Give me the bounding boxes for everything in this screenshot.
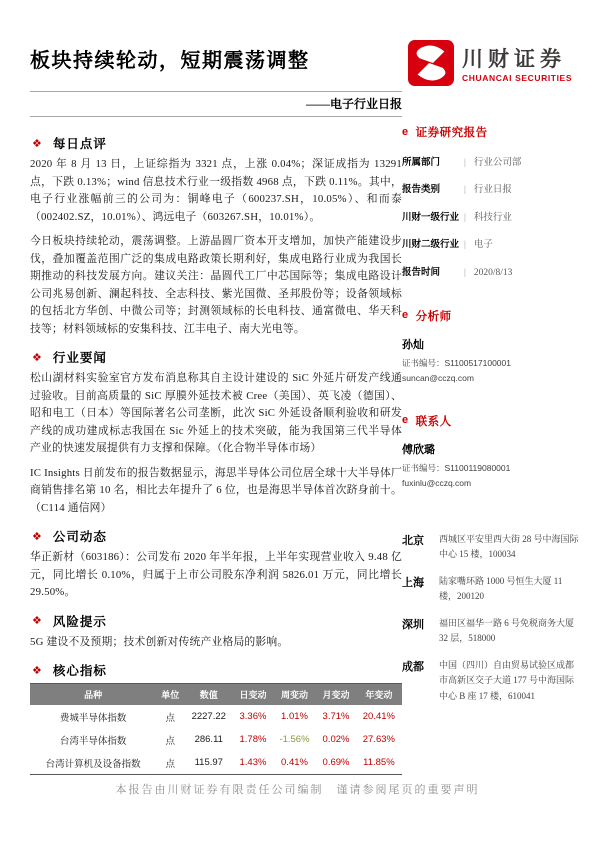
col-header-year-change: 年变动 — [356, 684, 402, 706]
analyst-card: 孙灿 证书编号：S1100517100001 suncan@cczq.com — [402, 336, 580, 383]
core-metrics-table: 品种 单位 数值 日变动 周变动 月变动 年变动 费城半导体指数 点 2227.… — [30, 683, 402, 775]
report-sidebar: e 证券研究报告 所属部门 | 行业公司部 报告类别 | 行业日报 川财一级行业… — [402, 124, 580, 704]
week-change-cell: -1.56% — [273, 728, 316, 751]
month-change-cell: 0.69% — [316, 751, 356, 775]
sidebar-heading-label: 证券研究报告 — [416, 124, 488, 140]
office-address: 福田区福华一路 6 号免税商务大厦 32 层，518000 — [439, 616, 580, 647]
section-title: 每日点评 — [53, 134, 107, 152]
field-value: 科技行业 — [474, 209, 512, 223]
report-page: 板块持续轮动，短期震荡调整 川财证券 CHUANCAI SECURITIES —… — [0, 0, 595, 842]
col-header-value: 数值 — [184, 684, 233, 706]
day-change-cell: 3.36% — [233, 705, 273, 728]
office-list: 北京 西城区平安里西大街 28 号中海国际中心 15 楼，100034 上海 陆… — [402, 532, 580, 705]
meta-field-industry-l2: 川财二级行业 | 电子 — [402, 236, 580, 250]
field-separator: | — [464, 213, 466, 223]
month-change-cell: 3.71% — [316, 705, 356, 728]
unit-cell: 点 — [156, 728, 184, 751]
col-header-unit: 单位 — [156, 684, 184, 706]
diamond-bullet-icon: ❖ — [32, 615, 42, 626]
year-change-cell: 20.41% — [356, 705, 402, 728]
office-city: 深圳 — [402, 616, 436, 647]
diamond-bullet-icon: ❖ — [32, 138, 42, 149]
office-chengdu: 成都 中国（四川）自由贸易试验区成都市高新区交子大道 177 号中海国际中心 B… — [402, 658, 580, 705]
company-paragraph-1: 华正新材（603186）：公司发布 2020 年半年报，上半年实现营业收入 9.… — [30, 549, 402, 602]
field-label: 川财一级行业 — [402, 209, 462, 223]
brand-name-cn: 川财证券 — [462, 43, 572, 73]
meta-field-industry-l1: 川财一级行业 | 科技行业 — [402, 209, 580, 223]
risk-paragraph-1: 5G 建设不及预期；技术创新对传统产业格局的影响。 — [30, 634, 402, 652]
header-rule-bottom — [30, 116, 402, 117]
value-cell: 286.11 — [184, 728, 233, 751]
sidebar-heading-label: 分析师 — [416, 308, 452, 324]
value-cell: 2227.22 — [184, 705, 233, 728]
diamond-bullet-icon: ❖ — [32, 352, 42, 363]
field-label: 所属部门 — [402, 154, 462, 168]
col-header-week-change: 周变动 — [273, 684, 316, 706]
col-header-day-change: 日变动 — [233, 684, 273, 706]
month-change-cell: 0.02% — [316, 728, 356, 751]
meta-field-report-date: 报告时间 | 2020/8/13 — [402, 264, 580, 278]
meta-field-report-type: 报告类别 | 行业日报 — [402, 181, 580, 195]
office-address: 西城区平安里西大街 28 号中海国际中心 15 楼，100034 — [439, 532, 580, 563]
securities-research-heading: e 证券研究报告 — [402, 124, 580, 140]
office-city: 上海 — [402, 574, 436, 605]
field-separator: | — [464, 240, 466, 250]
office-city: 北京 — [402, 532, 436, 563]
table-header-row: 品种 单位 数值 日变动 周变动 月变动 年变动 — [30, 684, 402, 706]
field-label: 报告时间 — [402, 264, 462, 278]
contact-cert-number: 证书编号：S1100119080001 — [402, 462, 580, 474]
analyst-heading: e 分析师 — [402, 308, 580, 324]
contact-email: fuxinlu@cczq.com — [402, 478, 580, 488]
daily-paragraph-2: 今日板块持续轮动，震荡调整。上游晶圆厂资本开支增加，加快产能建设步伐，叠加覆盖范… — [30, 233, 402, 338]
brand-mark-icon: e — [402, 415, 409, 426]
brand-mark-icon: e — [402, 310, 409, 321]
field-separator: | — [464, 158, 466, 168]
news-paragraph-2: IC Insights 日前发布的报告数据显示，海思半导体公司位居全球十大半导体… — [30, 465, 402, 518]
report-meta-fields: 所属部门 | 行业公司部 报告类别 | 行业日报 川财一级行业 | 科技行业 川… — [402, 154, 580, 278]
section-title: 风险提示 — [53, 612, 107, 630]
section-heading-risk: ❖ 风险提示 — [32, 612, 402, 630]
field-label: 川财二级行业 — [402, 236, 462, 250]
section-heading-daily: ❖ 每日点评 — [32, 134, 402, 152]
unit-cell: 点 — [156, 705, 184, 728]
week-change-cell: 1.01% — [273, 705, 316, 728]
office-address: 陆家嘴环路 1000 号恒生大厦 11 楼，200120 — [439, 574, 580, 605]
contact-heading: e 联系人 — [402, 413, 580, 429]
sidebar-heading-label: 联系人 — [416, 413, 452, 429]
brand-logo: 川财证券 CHUANCAI SECURITIES — [408, 40, 572, 86]
report-subtitle: ——电子行业日报 — [30, 95, 402, 112]
brand-text: 川财证券 CHUANCAI SECURITIES — [462, 43, 572, 83]
page-title: 板块持续轮动，短期震荡调整 — [30, 44, 310, 73]
diamond-bullet-icon: ❖ — [32, 665, 42, 676]
section-title: 核心指标 — [53, 661, 107, 679]
office-shenzhen: 深圳 福田区福华一路 6 号免税商务大厦 32 层，518000 — [402, 616, 580, 647]
office-address: 中国（四川）自由贸易试验区成都市高新区交子大道 177 号中海国际中心 B 座 … — [439, 658, 580, 705]
field-value: 2020/8/13 — [474, 268, 513, 278]
year-change-cell: 27.63% — [356, 728, 402, 751]
brand-mark-icon: e — [402, 127, 409, 138]
field-separator: | — [464, 185, 466, 195]
contact-name: 傅欣璐 — [402, 441, 580, 457]
office-beijing: 北京 西城区平安里西大街 28 号中海国际中心 15 楼，100034 — [402, 532, 580, 563]
col-header-variety: 品种 — [30, 684, 156, 706]
header-rule-top — [30, 91, 402, 92]
table-row: 台湾半导体指数 点 286.11 1.78% -1.56% 0.02% 27.6… — [30, 728, 402, 751]
news-paragraph-1: 松山湖材料实验室官方发布消息称其自主设计建设的 SiC 外延片研发产线通过验收。… — [30, 370, 402, 458]
week-change-cell: 0.41% — [273, 751, 316, 775]
index-name-cell: 台湾计算机及设备指数 — [30, 751, 156, 775]
section-title: 行业要闻 — [53, 348, 107, 366]
chuancai-logo-icon — [408, 40, 454, 86]
value-cell: 115.97 — [184, 751, 233, 775]
section-heading-metrics: ❖ 核心指标 — [32, 661, 402, 679]
analyst-name: 孙灿 — [402, 336, 580, 352]
footer-disclaimer: 本报告由川财证券有限责任公司编制 谨请参阅尾页的重要声明 — [0, 781, 595, 797]
day-change-cell: 1.43% — [233, 751, 273, 775]
brand-name-en: CHUANCAI SECURITIES — [462, 73, 572, 83]
office-city: 成都 — [402, 658, 436, 705]
field-value: 行业日报 — [474, 181, 512, 195]
table-row: 费城半导体指数 点 2227.22 3.36% 1.01% 3.71% 20.4… — [30, 705, 402, 728]
analyst-cert-number: 证书编号：S1100517100001 — [402, 357, 580, 369]
section-heading-company: ❖ 公司动态 — [32, 527, 402, 545]
office-shanghai: 上海 陆家嘴环路 1000 号恒生大厦 11 楼，200120 — [402, 574, 580, 605]
year-change-cell: 11.85% — [356, 751, 402, 775]
section-title: 公司动态 — [53, 527, 107, 545]
diamond-bullet-icon: ❖ — [32, 531, 42, 542]
section-heading-news: ❖ 行业要闻 — [32, 348, 402, 366]
field-separator: | — [464, 268, 466, 278]
day-change-cell: 1.78% — [233, 728, 273, 751]
field-value: 行业公司部 — [474, 154, 522, 168]
analyst-email: suncan@cczq.com — [402, 373, 580, 383]
field-value: 电子 — [474, 236, 493, 250]
unit-cell: 点 — [156, 751, 184, 775]
col-header-month-change: 月变动 — [316, 684, 356, 706]
meta-field-department: 所属部门 | 行业公司部 — [402, 154, 580, 168]
contact-card: 傅欣璐 证书编号：S1100119080001 fuxinlu@cczq.com — [402, 441, 580, 488]
table-row: 台湾计算机及设备指数 点 115.97 1.43% 0.41% 0.69% 11… — [30, 751, 402, 775]
field-label: 报告类别 — [402, 181, 462, 195]
index-name-cell: 费城半导体指数 — [30, 705, 156, 728]
index-name-cell: 台湾半导体指数 — [30, 728, 156, 751]
main-content: ❖ 每日点评 2020 年 8 月 13 日，上证综指为 3321 点，上涨 0… — [30, 124, 402, 775]
daily-paragraph-1: 2020 年 8 月 13 日，上证综指为 3321 点，上涨 0.04%；深证… — [30, 156, 402, 226]
